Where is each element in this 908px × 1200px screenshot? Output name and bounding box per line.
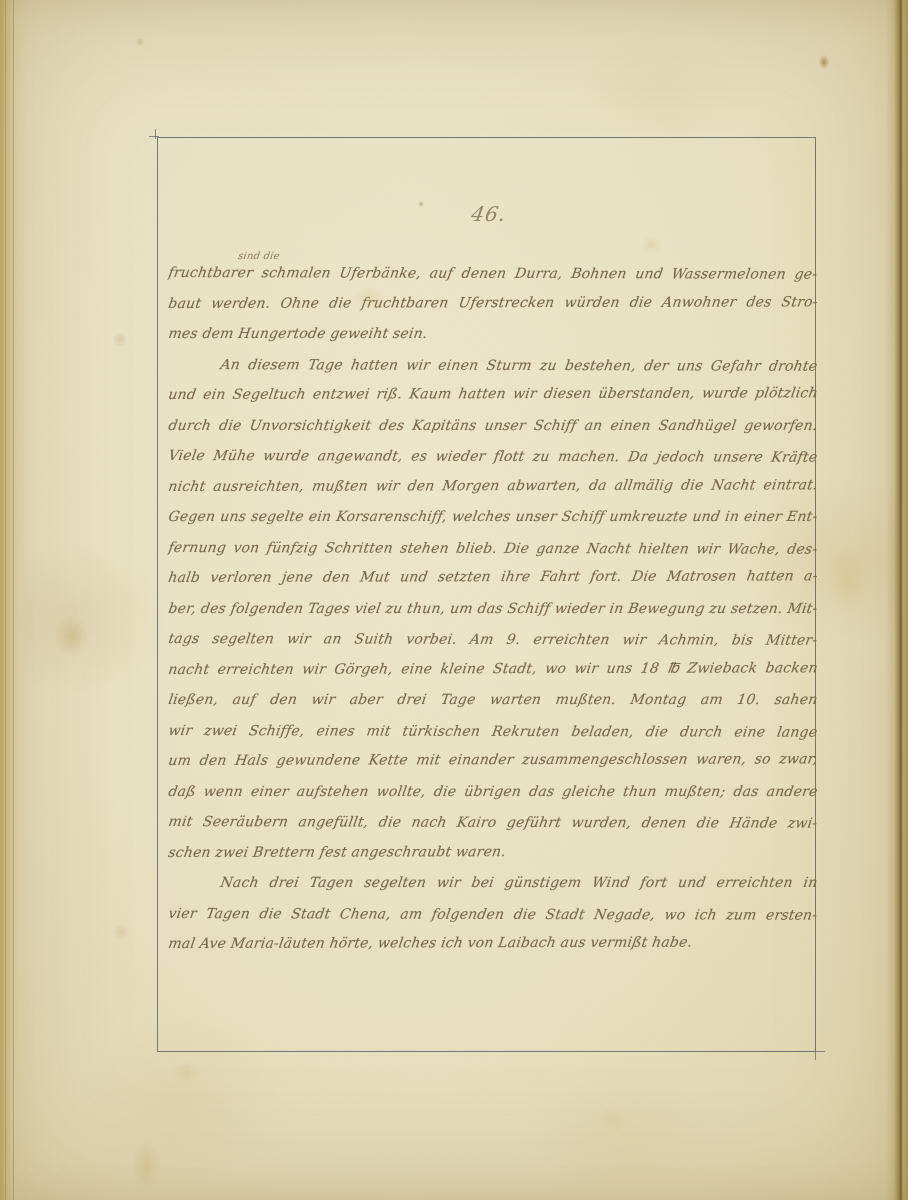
- foxing-spot: [54, 615, 88, 657]
- manuscript-line: Viele Mühe wurde angewandt, es wieder fl…: [166, 441, 820, 473]
- manuscript-line: tags segelten wir an Suith vorbei. Am 9.…: [166, 624, 820, 656]
- manuscript-line: ber, des folgenden Tages viel zu thun, u…: [166, 594, 820, 625]
- foxing-spot: [596, 1108, 628, 1132]
- foxing-spot: [112, 332, 128, 347]
- manuscript-line: mal Ave Maria-läuten hörte, welches ich …: [166, 927, 820, 959]
- foxing-spot: [132, 1140, 160, 1190]
- manuscript-line: nacht erreichten wir Görgeh, eine kleine…: [166, 653, 820, 685]
- manuscript-line: mes dem Hungertode geweiht sein.: [166, 319, 820, 350]
- manuscript-line: baut werden. Ohne die fruchtbaren Uferst…: [166, 287, 820, 319]
- manuscript-line: An diesem Tage hatten wir einen Sturm zu…: [166, 350, 820, 382]
- frame-corner-overshoot: [149, 136, 159, 137]
- manuscript-line: daß wenn einer aufstehen wollte, die übr…: [166, 777, 820, 808]
- manuscript-line: ließen, auf den wir aber drei Tage warte…: [166, 685, 820, 716]
- manuscript-line: um den Hals gewundene Kette mit einander…: [166, 744, 820, 776]
- manuscript-line: vier Tagen die Stadt Chena, am folgenden…: [166, 899, 820, 931]
- frame-corner-overshoot: [816, 1051, 825, 1052]
- manuscript-line: wir zwei Schiffe, eines mit türkischen R…: [166, 716, 820, 748]
- page-number: 46.: [469, 202, 508, 226]
- manuscript-line: und ein Segeltuch entzwei riß. Kaum hatt…: [166, 378, 820, 410]
- manuscript-line: mit Seeräubern angefüllt, die nach Kairo…: [166, 807, 820, 839]
- page-stack-edge: [886, 0, 908, 1200]
- foxing-spot: [136, 38, 144, 46]
- manuscript-line: nicht ausreichten, mußten wir den Morgen…: [166, 470, 820, 502]
- manuscript-line: fruchtbarer schmalen Uferbänke, auf dene…: [166, 258, 820, 290]
- manuscript-page: 46. sind die fruchtbarer schmalen Uferbä…: [0, 0, 908, 1200]
- binding-crease: [5, 0, 6, 1200]
- foxing-spot: [172, 1062, 200, 1084]
- manuscript-line: fernung von fünfzig Schritten stehen bli…: [166, 533, 820, 565]
- binding-crease: [13, 0, 14, 1200]
- frame-corner-overshoot: [155, 129, 156, 139]
- frame-corner-overshoot: [815, 1052, 816, 1060]
- foxing-spot: [826, 545, 870, 615]
- manuscript-line: schen zwei Brettern fest angeschraubt wa…: [166, 836, 820, 868]
- manuscript-line: durch die Unvorsichtigkeit des Kapitäns …: [166, 411, 820, 442]
- manuscript-line: Nach drei Tagen segelten wir bei günstig…: [166, 868, 820, 899]
- book-binding-edge: [0, 0, 26, 1200]
- manuscript-text: sind die fruchtbarer schmalen Uferbänke,…: [166, 258, 815, 960]
- foxing-spot: [112, 924, 130, 940]
- manuscript-line: Gegen uns segelte ein Korsarenschiff, we…: [166, 502, 820, 533]
- manuscript-line: halb verloren jene den Mut und setzten i…: [166, 561, 820, 593]
- foxing-spot: [818, 54, 830, 70]
